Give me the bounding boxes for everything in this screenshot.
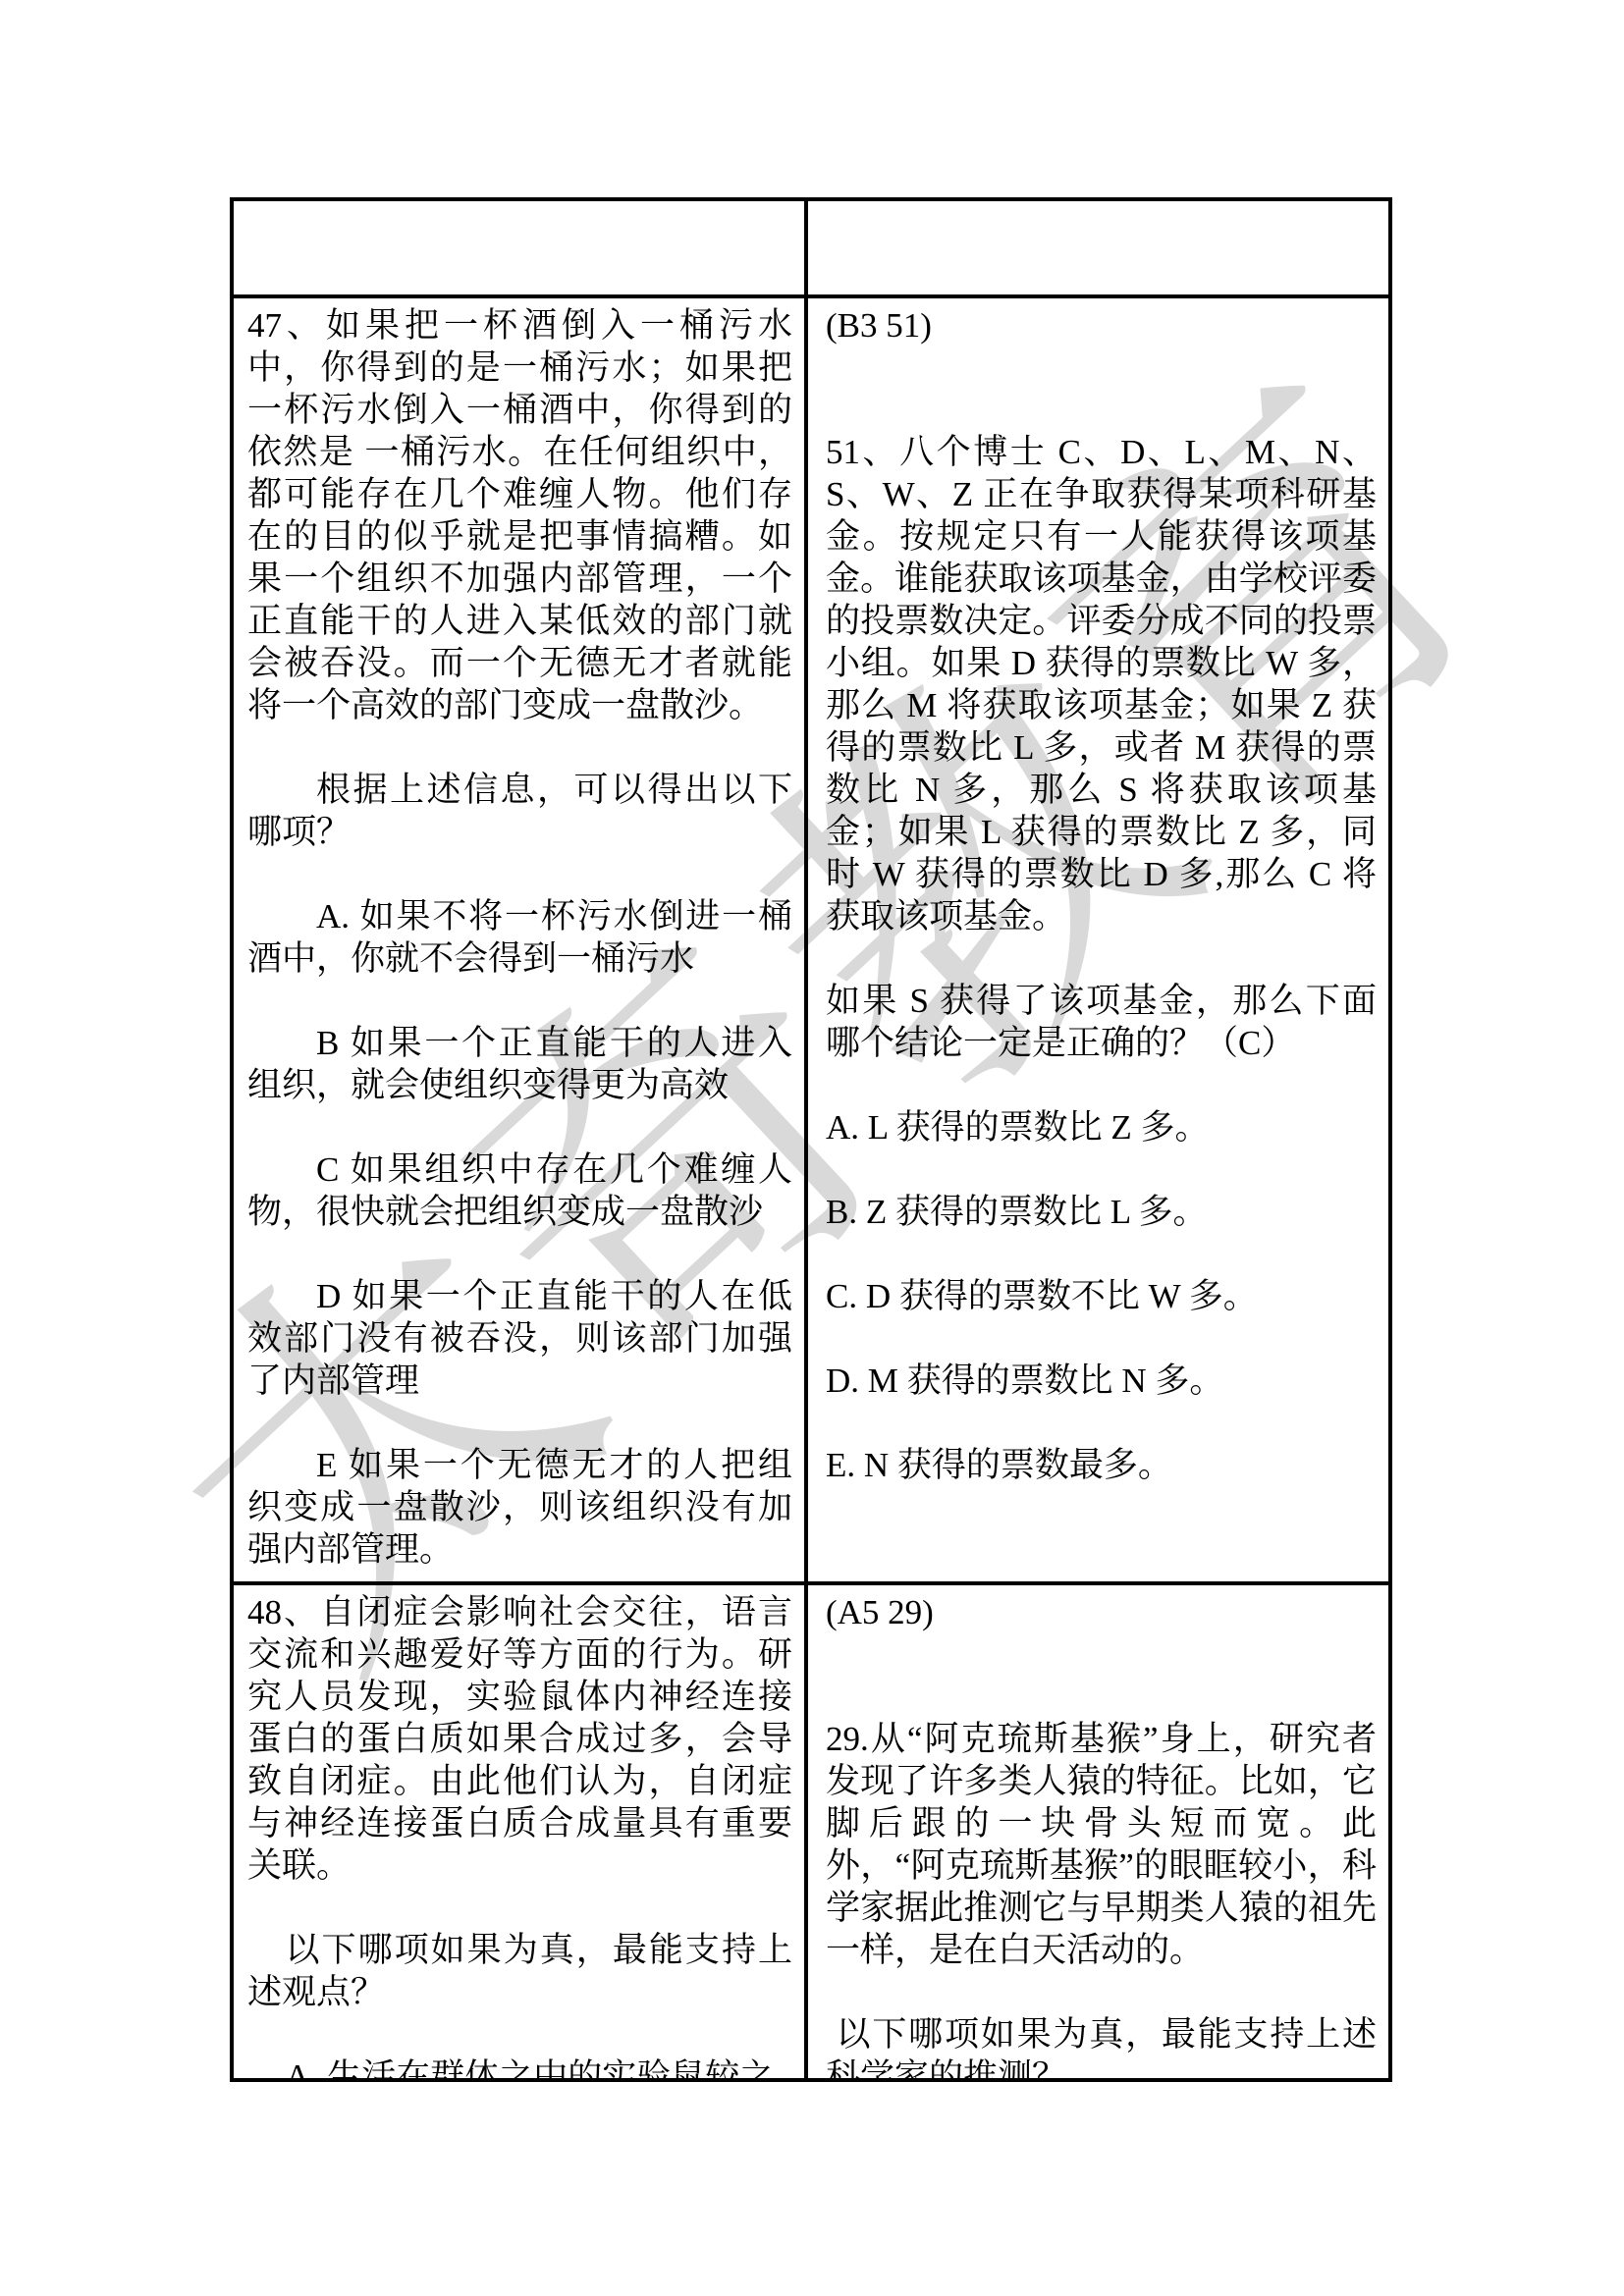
question-47-stem: 47、如果把一杯酒倒入一桶污水中，你得到的是一桶污水；如果把一杯污水倒入一桶酒中… <box>247 304 792 726</box>
question-51-option-d: D. M 获得的票数比 N 多。 <box>826 1360 1377 1402</box>
table-header-row <box>234 201 1388 294</box>
question-48-option-a: A. 生活在群体之中的实验鼠较之 <box>247 2056 792 2078</box>
question-51-option-a: A. L 获得的票数比 Z 多。 <box>826 1106 1377 1148</box>
question-47-option-a: A. 如果不将一杯污水倒进一桶酒中，你就不会得到一桶污水 <box>247 895 792 980</box>
cell-question-51: (B3 51) 51、八个博士 C、D、L、M、N、S、W、Z 正在争取获得某项… <box>808 298 1388 1581</box>
question-29-source-code: (A5 29) <box>826 1591 1377 1633</box>
document-page: 太奇教育 47、如果把一杯酒倒入一桶污水中，你得到的是一桶污水；如果把一杯污水倒… <box>0 0 1624 2296</box>
question-48-prompt: 以下哪项如果为真，最能支持上述观点？ <box>247 1929 792 2013</box>
question-51-source-code: (B3 51) <box>826 304 1377 347</box>
question-51-prompt: 如果 S 获得了该项基金，那么下面哪个结论一定是正确的？（C） <box>826 980 1377 1064</box>
question-47-option-b: B 如果一个正直能干的人进入组织，就会使组织变得更为高效 <box>247 1022 792 1106</box>
cell-question-29: (A5 29) 29.从“阿克琉斯基猴”身上，研究者发现了许多类人猿的特征。比如… <box>808 1585 1388 2078</box>
cell-question-47: 47、如果把一杯酒倒入一桶污水中，你得到的是一桶污水；如果把一杯污水倒入一桶酒中… <box>234 298 808 1581</box>
question-29-stem: 29.从“阿克琉斯基猴”身上，研究者发现了许多类人猿的特征。比如，它脚后跟的一块… <box>826 1718 1377 1971</box>
cell-question-48: 48、自闭症会影响社会交往，语言交流和兴趣爱好等方面的行为。研究人员发现，实验鼠… <box>234 1585 808 2078</box>
header-cell-left <box>234 201 808 294</box>
table-row-questions-47-51: 47、如果把一杯酒倒入一桶污水中，你得到的是一桶污水；如果把一杯污水倒入一桶酒中… <box>234 294 1388 1581</box>
question-51-option-b: B. Z 获得的票数比 L 多。 <box>826 1191 1377 1233</box>
question-51-option-e: E. N 获得的票数最多。 <box>826 1444 1377 1486</box>
table-row-questions-48-29: 48、自闭症会影响社会交往，语言交流和兴趣爱好等方面的行为。研究人员发现，实验鼠… <box>234 1581 1388 2078</box>
question-table: 47、如果把一杯酒倒入一桶污水中，你得到的是一桶污水；如果把一杯污水倒入一桶酒中… <box>230 197 1392 2082</box>
header-cell-right <box>808 201 1388 294</box>
question-51-stem: 51、八个博士 C、D、L、M、N、S、W、Z 正在争取获得某项科研基金。按规定… <box>826 431 1377 937</box>
question-47-option-e: E 如果一个无德无才的人把组织变成一盘散沙，则该组织没有加强内部管理。 <box>247 1444 792 1571</box>
question-47-prompt: 根据上述信息，可以得出以下哪项？ <box>247 769 792 853</box>
question-48-stem: 48、自闭症会影响社会交往，语言交流和兴趣爱好等方面的行为。研究人员发现，实验鼠… <box>247 1591 792 1887</box>
question-47-option-d: D 如果一个正直能干的人在低效部门没有被吞没，则该部门加强了内部管理 <box>247 1275 792 1402</box>
question-47-option-c: C 如果组织中存在几个难缠人物，很快就会把组织变成一盘散沙 <box>247 1148 792 1233</box>
question-29-prompt: 以下哪项如果为真，最能支持上述科学家的推测？ <box>826 2013 1377 2078</box>
question-51-option-c: C. D 获得的票数不比 W 多。 <box>826 1275 1377 1317</box>
